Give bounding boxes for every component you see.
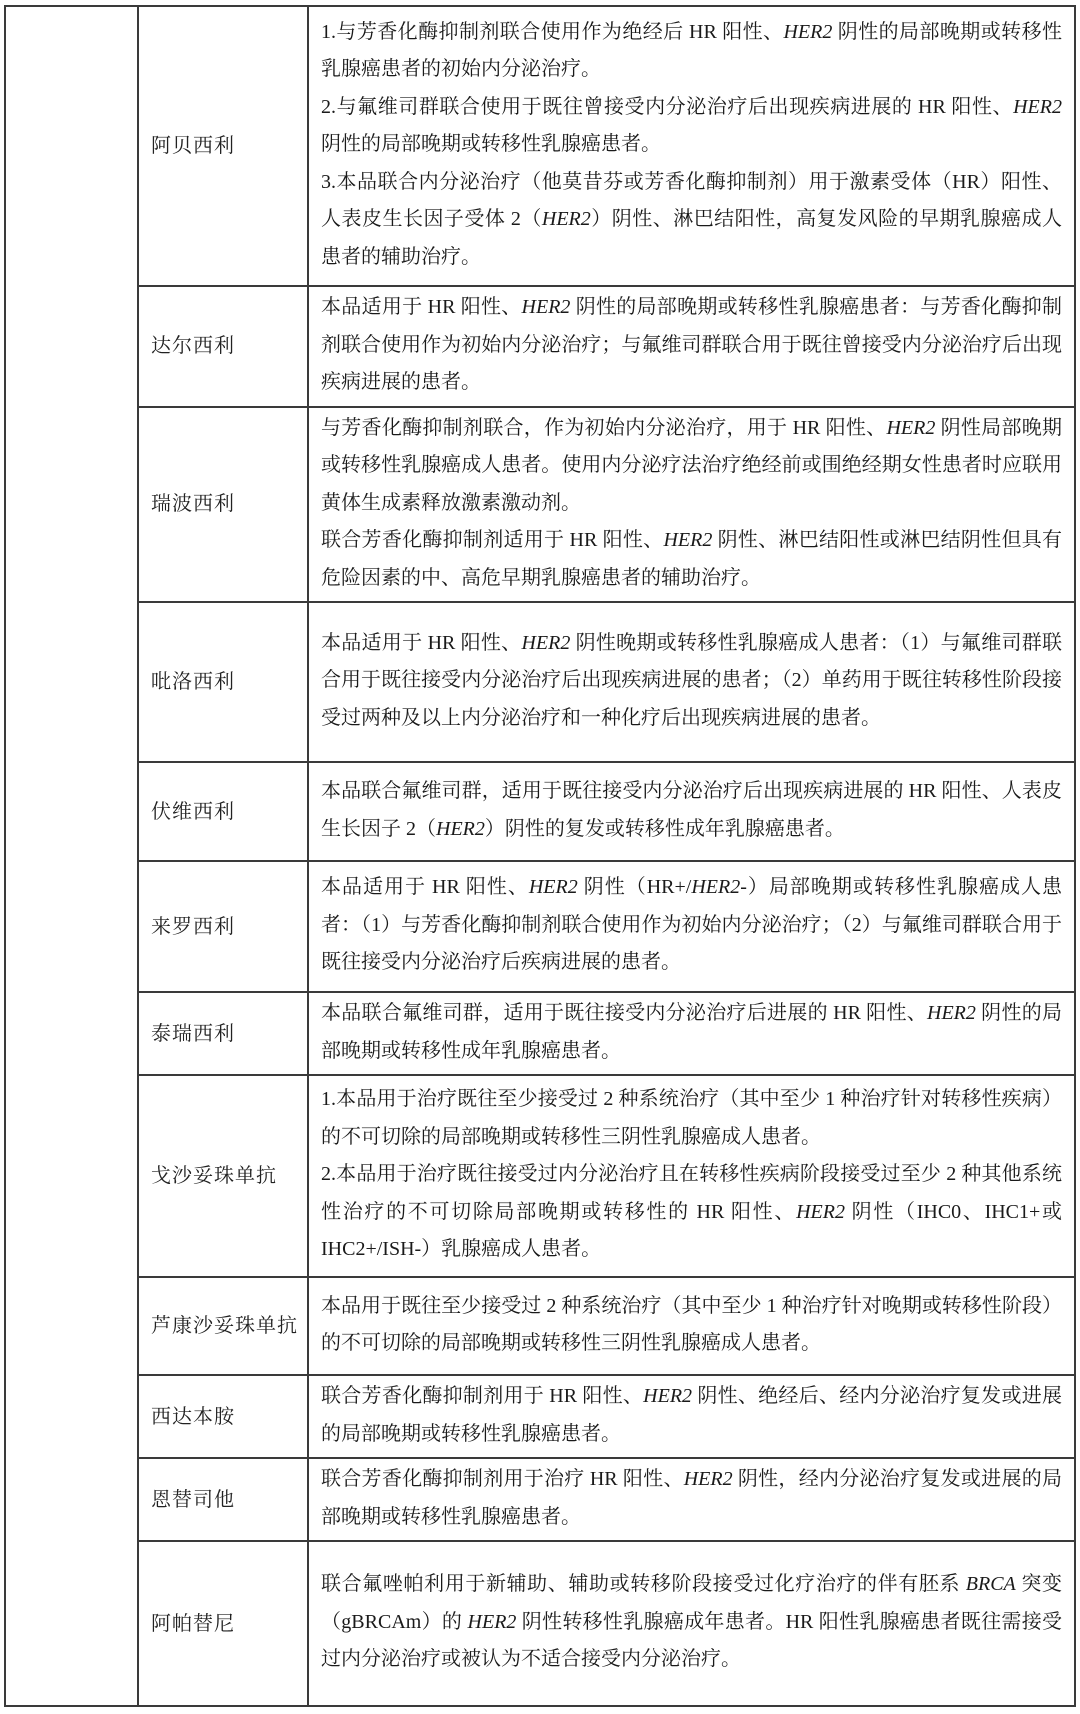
gene-term: HER2 <box>927 1002 976 1024</box>
indication-paragraph: 联合芳香化酶抑制剂适用于 HR 阳性、HER2 阴性、淋巴结阳性或淋巴结阴性但具… <box>321 522 1062 597</box>
indication-paragraph: 本品联合氟维司群，适用于既往接受内分泌治疗后出现疾病进展的 HR 阳性、人表皮生… <box>321 773 1062 848</box>
table-row: 瑞波西利与芳香化酶抑制剂联合，作为初始内分泌治疗，用于 HR 阳性、HER2 阴… <box>5 407 1075 603</box>
gene-term: HER2 <box>529 876 578 898</box>
gene-term: HER2 <box>684 1468 733 1490</box>
indication-cell: 联合芳香化酶抑制剂用于治疗 HR 阳性、HER2 阴性，经内分泌治疗复发或进展的… <box>308 1458 1075 1541</box>
table-row: 阿贝西利1.与芳香化酶抑制剂联合使用作为绝经后 HR 阳性、HER2 阴性的局部… <box>5 6 1075 286</box>
table-row: 恩替司他联合芳香化酶抑制剂用于治疗 HR 阳性、HER2 阴性，经内分泌治疗复发… <box>5 1458 1075 1541</box>
indication-cell: 本品用于既往至少接受过 2 种系统治疗（其中至少 1 种治疗针对晚期或转移性阶段… <box>308 1277 1075 1375</box>
indication-paragraph: 本品适用于 HR 阳性、HER2 阴性（HR+/HER2-）局部晚期或转移性乳腺… <box>321 869 1062 982</box>
indication-paragraph: 本品联合氟维司群，适用于既往接受内分泌治疗后进展的 HR 阳性、HER2 阴性的… <box>321 995 1062 1070</box>
indication-cell: 本品联合氟维司群，适用于既往接受内分泌治疗后进展的 HR 阳性、HER2 阴性的… <box>308 992 1075 1075</box>
indication-paragraph: 2.本品用于治疗既往接受过内分泌治疗且在转移性疾病阶段接受过至少 2 种其他系统… <box>321 1156 1062 1269</box>
drug-name-cell: 阿贝西利 <box>138 6 308 286</box>
drug-name-cell: 达尔西利 <box>138 286 308 407</box>
table-row: 泰瑞西利本品联合氟维司群，适用于既往接受内分泌治疗后进展的 HR 阳性、HER2… <box>5 992 1075 1075</box>
table-row: 来罗西利本品适用于 HR 阳性、HER2 阴性（HR+/HER2-）局部晚期或转… <box>5 861 1075 992</box>
indication-paragraph: 1.与芳香化酶抑制剂联合使用作为绝经后 HR 阳性、HER2 阴性的局部晚期或转… <box>321 14 1062 89</box>
drug-name-cell: 西达本胺 <box>138 1375 308 1458</box>
table-row: 戈沙妥珠单抗1.本品用于治疗既往至少接受过 2 种系统治疗（其中至少 1 种治疗… <box>5 1075 1075 1277</box>
indication-cell: 1.与芳香化酶抑制剂联合使用作为绝经后 HR 阳性、HER2 阴性的局部晚期或转… <box>308 6 1075 286</box>
indication-paragraph: 本品适用于 HR 阳性、HER2 阴性晚期或转移性乳腺癌成人患者：（1）与氟维司… <box>321 625 1062 738</box>
gene-term: HER2 <box>886 417 935 439</box>
indication-paragraph: 联合芳香化酶抑制剂用于治疗 HR 阳性、HER2 阴性，经内分泌治疗复发或进展的… <box>321 1461 1062 1536</box>
indication-cell: 本品适用于 HR 阳性、HER2 阴性的局部晚期或转移性乳腺癌患者：与芳香化酶抑… <box>308 286 1075 407</box>
indication-paragraph: 3.本品联合内分泌治疗（他莫昔芬或芳香化酶抑制剂）用于激素受体（HR）阳性、人表… <box>321 164 1062 277</box>
gene-term: HER2 <box>796 1201 845 1223</box>
indication-paragraph: 联合芳香化酶抑制剂用于 HR 阳性、HER2 阴性、绝经后、经内分泌治疗复发或进… <box>321 1378 1062 1453</box>
drug-name-cell: 来罗西利 <box>138 861 308 992</box>
gene-term: HER2 <box>542 208 591 230</box>
gene-term: HER2 <box>468 1611 517 1633</box>
table-body: 阿贝西利1.与芳香化酶抑制剂联合使用作为绝经后 HR 阳性、HER2 阴性的局部… <box>5 6 1075 1706</box>
indication-cell: 本品适用于 HR 阳性、HER2 阴性（HR+/HER2-）局部晚期或转移性乳腺… <box>308 861 1075 992</box>
drug-indication-table: 阿贝西利1.与芳香化酶抑制剂联合使用作为绝经后 HR 阳性、HER2 阴性的局部… <box>4 5 1076 1707</box>
gene-term: HER2 <box>522 296 571 318</box>
gene-term: HER2 <box>436 818 485 840</box>
drug-name-cell: 瑞波西利 <box>138 407 308 603</box>
drug-name-cell: 戈沙妥珠单抗 <box>138 1075 308 1277</box>
table-row: 芦康沙妥珠单抗本品用于既往至少接受过 2 种系统治疗（其中至少 1 种治疗针对晚… <box>5 1277 1075 1375</box>
indication-cell: 联合芳香化酶抑制剂用于 HR 阳性、HER2 阴性、绝经后、经内分泌治疗复发或进… <box>308 1375 1075 1458</box>
table-row: 吡洛西利本品适用于 HR 阳性、HER2 阴性晚期或转移性乳腺癌成人患者：（1）… <box>5 602 1075 762</box>
gene-term: BRCA <box>966 1573 1016 1595</box>
drug-name-cell: 伏维西利 <box>138 762 308 861</box>
table-row: 西达本胺联合芳香化酶抑制剂用于 HR 阳性、HER2 阴性、绝经后、经内分泌治疗… <box>5 1375 1075 1458</box>
indication-paragraph: 2.与氟维司群联合使用于既往曾接受内分泌治疗后出现疾病进展的 HR 阳性、HER… <box>321 89 1062 164</box>
gene-term: HER2 <box>691 876 740 898</box>
gene-term: HER2 <box>521 632 570 654</box>
drug-name-cell: 阿帕替尼 <box>138 1541 308 1706</box>
table-row: 阿帕替尼联合氟唑帕利用于新辅助、辅助或转移阶段接受过化疗治疗的伴有胚系 BRCA… <box>5 1541 1075 1706</box>
drug-name-cell: 吡洛西利 <box>138 602 308 762</box>
indication-cell: 本品联合氟维司群，适用于既往接受内分泌治疗后出现疾病进展的 HR 阳性、人表皮生… <box>308 762 1075 861</box>
indication-cell: 本品适用于 HR 阳性、HER2 阴性晚期或转移性乳腺癌成人患者：（1）与氟维司… <box>308 602 1075 762</box>
indication-paragraph: 与芳香化酶抑制剂联合，作为初始内分泌治疗，用于 HR 阳性、HER2 阴性局部晚… <box>321 410 1062 523</box>
indication-paragraph: 本品适用于 HR 阳性、HER2 阴性的局部晚期或转移性乳腺癌患者：与芳香化酶抑… <box>321 289 1062 402</box>
gene-term: HER2 <box>783 21 832 43</box>
indication-paragraph: 1.本品用于治疗既往至少接受过 2 种系统治疗（其中至少 1 种治疗针对转移性疾… <box>321 1081 1062 1156</box>
indication-paragraph: 本品用于既往至少接受过 2 种系统治疗（其中至少 1 种治疗针对晚期或转移性阶段… <box>321 1288 1062 1363</box>
category-cell <box>5 6 138 1706</box>
indication-paragraph: 联合氟唑帕利用于新辅助、辅助或转移阶段接受过化疗治疗的伴有胚系 BRCA 突变（… <box>321 1566 1062 1679</box>
table-row: 伏维西利本品联合氟维司群，适用于既往接受内分泌治疗后出现疾病进展的 HR 阳性、… <box>5 762 1075 861</box>
drug-name-cell: 泰瑞西利 <box>138 992 308 1075</box>
gene-term: HER2 <box>663 529 712 551</box>
indication-cell: 1.本品用于治疗既往至少接受过 2 种系统治疗（其中至少 1 种治疗针对转移性疾… <box>308 1075 1075 1277</box>
indication-cell: 联合氟唑帕利用于新辅助、辅助或转移阶段接受过化疗治疗的伴有胚系 BRCA 突变（… <box>308 1541 1075 1706</box>
gene-term: HER2 <box>643 1385 692 1407</box>
table-row: 达尔西利本品适用于 HR 阳性、HER2 阴性的局部晚期或转移性乳腺癌患者：与芳… <box>5 286 1075 407</box>
drug-name-cell: 恩替司他 <box>138 1458 308 1541</box>
gene-term: HER2 <box>1013 96 1062 118</box>
drug-name-cell: 芦康沙妥珠单抗 <box>138 1277 308 1375</box>
indication-cell: 与芳香化酶抑制剂联合，作为初始内分泌治疗，用于 HR 阳性、HER2 阴性局部晚… <box>308 407 1075 603</box>
